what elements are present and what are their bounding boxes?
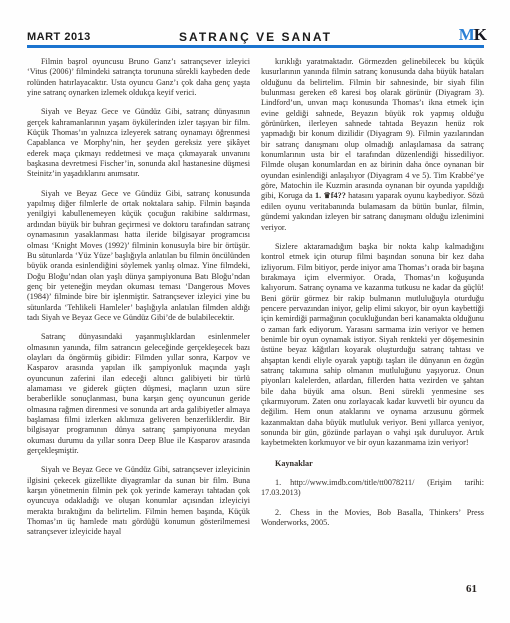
mk-logo: MK (455, 26, 486, 43)
paragraph-vitus: Filmin başrol oyuncusu Bruno Ganz’ı satr… (27, 57, 250, 98)
paragraph-real-champions: Siyah ve Beyaz Gece ve Gündüz Gibi, satr… (27, 107, 250, 179)
left-column: Filmin başrol oyuncusu Bruno Ganz’ı satr… (27, 57, 250, 597)
paragraph-film-errors: kırıklığı yaratmaktadır. Görmezden gelin… (261, 57, 484, 233)
paragraph-other-films: Siyah ve Beyaz Gece ve Gündüz Gibi, satr… (27, 189, 250, 323)
header-rule (27, 45, 484, 48)
reference-number: 1. (275, 478, 281, 487)
paragraph-diagrams: Siyah ve Beyaz Gece ve Gündüz Gibi, satr… (27, 465, 250, 537)
paragraph-rewatch: Sizlere aktaramadığım başka bir nokta ka… (261, 242, 484, 449)
sources-heading: Kaynaklar (261, 459, 484, 469)
reference-text: http://www.imdb.com/title/tt0078211/ (Er… (261, 478, 484, 497)
paragraph-future-events: Satranç dünyasındaki yaşanmışlıklardan e… (27, 332, 250, 456)
reference-number: 2. (275, 508, 281, 517)
magazine-page: MART 2013 SATRANÇ VE SANAT MK Filmin baş… (0, 0, 510, 623)
article-body: Filmin başrol oyuncusu Bruno Ganz’ı satr… (27, 57, 484, 597)
reference-text: Chess in the Movies, Bob Basalla, Thinke… (261, 508, 484, 527)
logo-letter-m: M (459, 25, 474, 44)
reference-item-1: 1.http://www.imdb.com/title/tt0078211/ (… (261, 478, 484, 499)
paragraph-text-before-move: kırıklığı yaratmaktadır. Görmezden gelin… (261, 57, 484, 200)
logo-letter-k: K (474, 25, 486, 44)
page-title: SATRANÇ VE SANAT (27, 30, 484, 44)
right-column: kırıklığı yaratmaktadır. Görmezden gelin… (261, 57, 484, 597)
reference-item-2: 2.Chess in the Movies, Bob Basalla, Thin… (261, 508, 484, 529)
chess-move-notation: 1. ♛f4?? (315, 191, 346, 200)
page-number: 61 (466, 583, 477, 595)
